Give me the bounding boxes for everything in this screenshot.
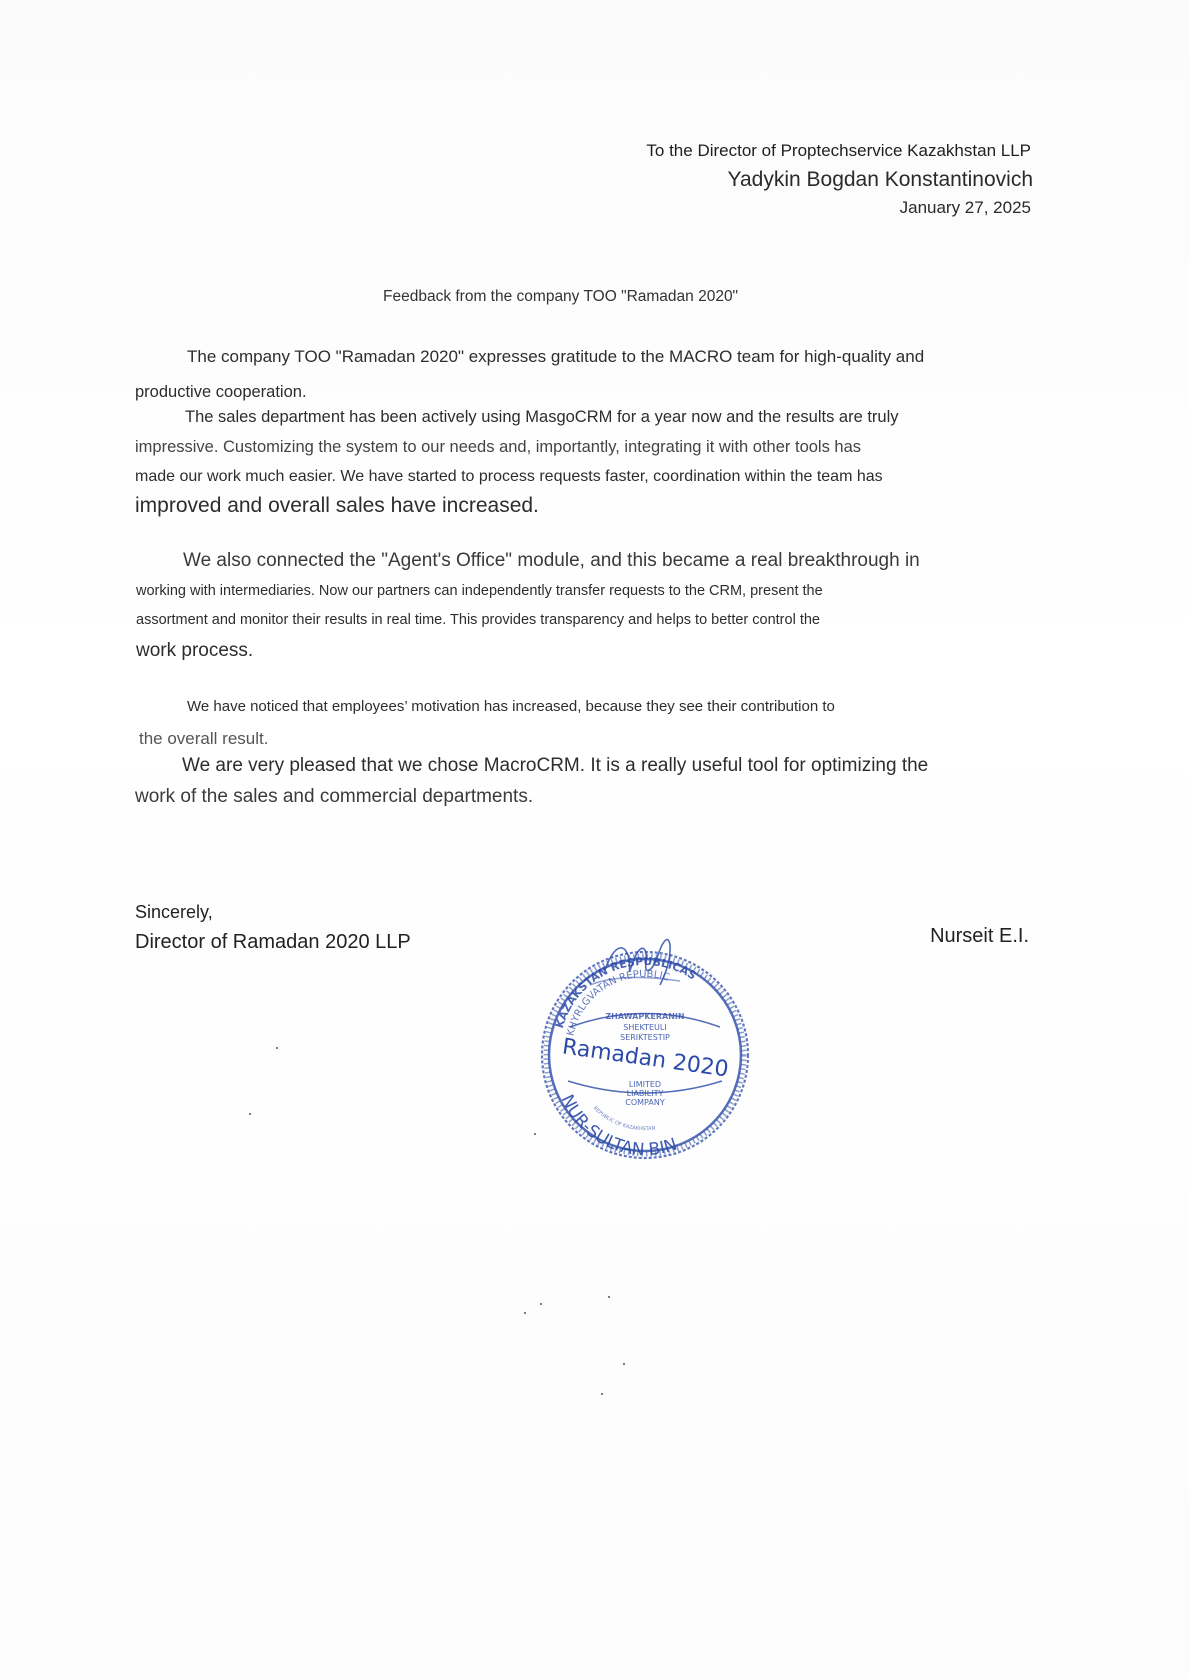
svg-text:SHEKTEULI: SHEKTEULI xyxy=(623,1023,666,1032)
body-line: working with intermediaries. Now our par… xyxy=(136,583,823,599)
body-line: work of the sales and commercial departm… xyxy=(135,786,533,808)
recipient-name: Yadykin Bogdan Konstantinovich xyxy=(728,168,1033,192)
body-line: assortment and monitor their results in … xyxy=(136,612,820,628)
svg-text:COMPANY: COMPANY xyxy=(625,1098,665,1107)
body-line: The sales department has been actively u… xyxy=(185,408,899,427)
letter-page: To the Director of Proptechservice Kazak… xyxy=(0,0,1189,1679)
body-line: productive cooperation. xyxy=(135,383,307,402)
stamp-text: KAZAKSTAN RESPUBLICAS KHYRLGVATAN REPUBL… xyxy=(553,955,730,1160)
body-line: We have noticed that employees’ motivati… xyxy=(187,698,835,715)
scan-speck xyxy=(534,1133,536,1135)
svg-text:LIMITED: LIMITED xyxy=(629,1080,661,1089)
letter-subject: Feedback from the company TOO "Ramadan 2… xyxy=(383,288,738,306)
svg-text:LIABILITY: LIABILITY xyxy=(627,1089,664,1098)
scan-speck xyxy=(276,1047,278,1049)
body-line: The company TOO "Ramadan 2020" expresses… xyxy=(187,347,924,367)
closing-salutation: Sincerely, xyxy=(135,902,213,923)
signatory-name: Nurseit E.I. xyxy=(930,925,1029,948)
signatory-title: Director of Ramadan 2020 LLP xyxy=(135,931,411,954)
body-line: We are very pleased that we chose MacroC… xyxy=(182,755,928,777)
body-line: impressive. Customizing the system to ou… xyxy=(135,438,861,457)
scan-speck xyxy=(540,1303,542,1305)
letter-date: January 27, 2025 xyxy=(900,198,1031,218)
scan-speck xyxy=(601,1393,603,1395)
body-line: work process. xyxy=(136,640,253,662)
body-line: improved and overall sales have increase… xyxy=(135,494,539,518)
body-line: We also connected the "Agent's Office" m… xyxy=(183,550,920,572)
svg-text:ZHAWAPKERANIN: ZHAWAPKERANIN xyxy=(605,1012,684,1021)
scan-speck xyxy=(608,1296,610,1298)
body-line: made our work much easier. We have start… xyxy=(135,468,883,486)
recipient-line: To the Director of Proptechservice Kazak… xyxy=(646,141,1031,161)
svg-text:SERIKTESTIP: SERIKTESTIP xyxy=(620,1033,670,1042)
body-line: the overall result. xyxy=(139,729,268,749)
scan-speck xyxy=(524,1312,526,1314)
scan-speck xyxy=(623,1363,625,1365)
scan-speck xyxy=(249,1113,251,1115)
company-stamp: KAZAKSTAN RESPUBLICAS KHYRLGVATAN REPUBL… xyxy=(530,915,760,1165)
